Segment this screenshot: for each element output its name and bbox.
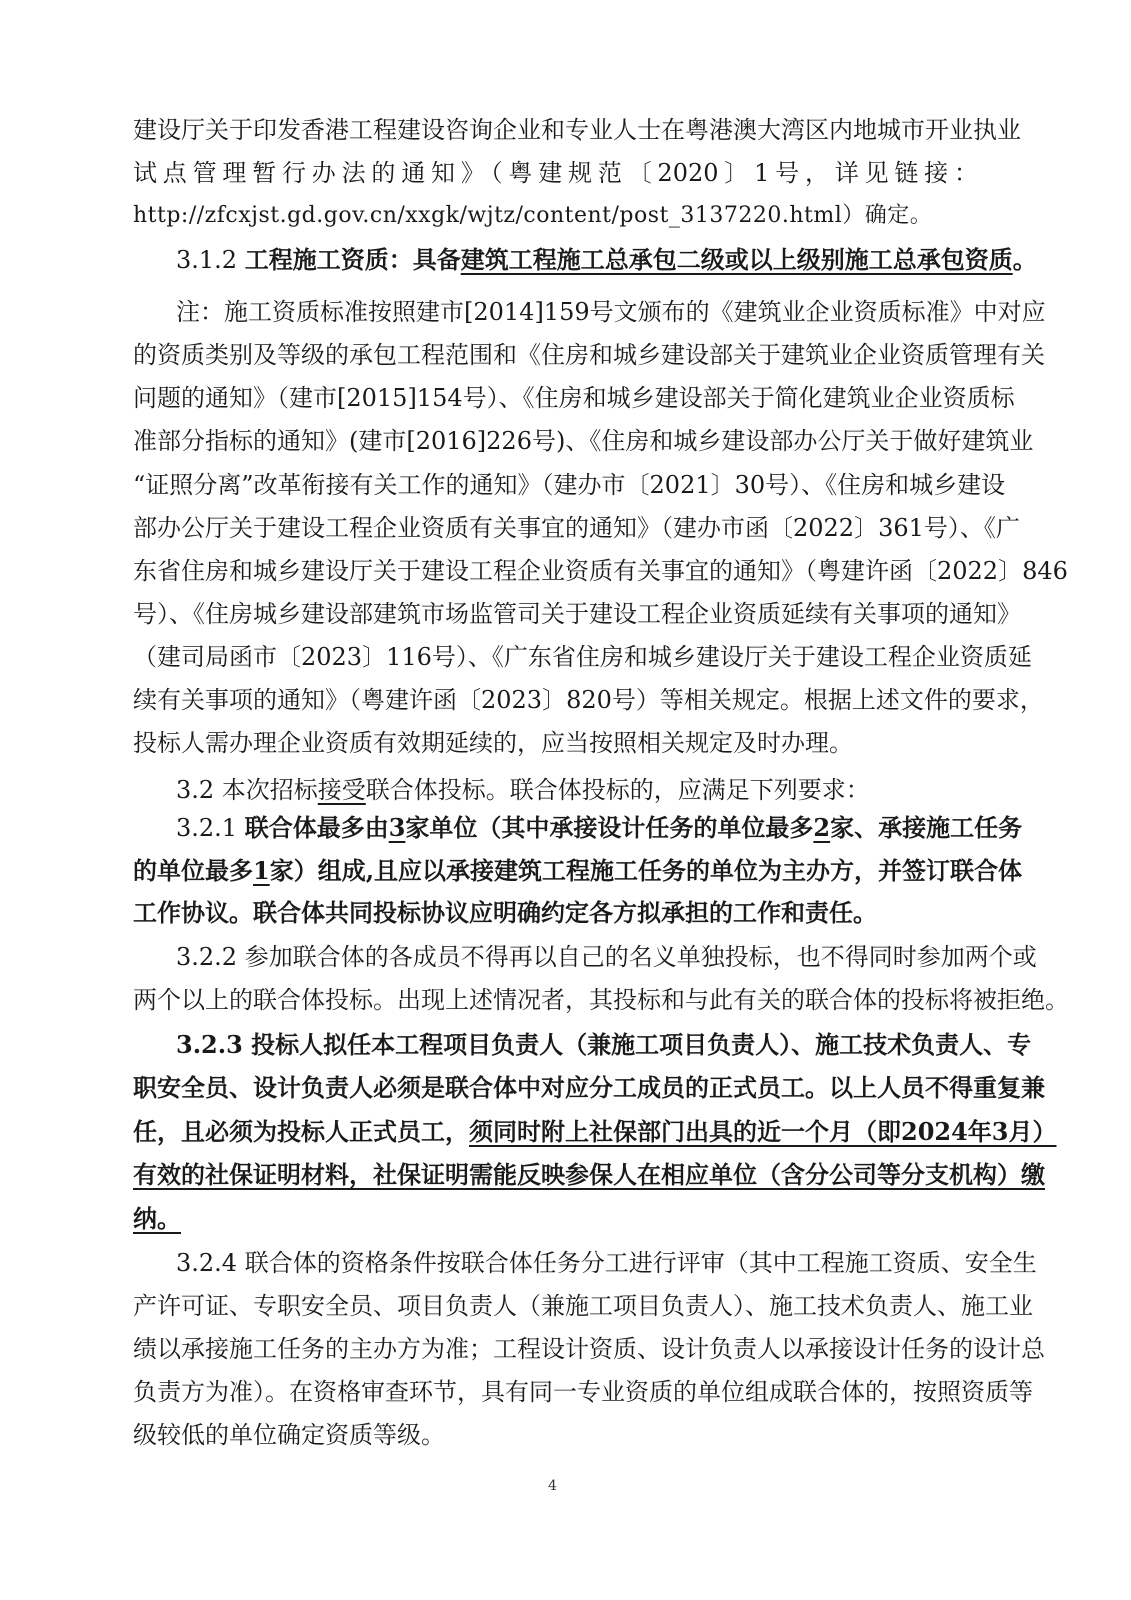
text: 的单位最多 xyxy=(133,856,253,885)
note-line: 注：施工资质标准按照建市[2014]159号文颁布的《建筑业企业资质标准》中对应 xyxy=(176,292,978,332)
section-3-2-4-line: 绩以承接施工任务的主办方为准；工程设计资质、设计负责人以承接设计任务的设计总 xyxy=(133,1329,978,1369)
text: 纳。 xyxy=(133,1204,181,1233)
text: 家单位（其中承接设计任务的单位最多 xyxy=(405,813,813,842)
note-line: “证照分离”改革衔接有关工作的通知》（建办市〔2021〕30号）、《住房和城乡建… xyxy=(133,465,978,505)
consortium-accept-blank: 接受 xyxy=(318,770,366,810)
section-3-2-4-line: 负责方为准）。在资格审查环节，具有同一专业资质的单位组成联合体的，按照资质等 xyxy=(133,1372,978,1412)
section-3-2-prefix: 3.2 本次招标 xyxy=(176,776,318,804)
section-3-2-4-line: 3.2.4 联合体的资格条件按联合体任务分工进行评审（其中工程施工资质、安全生 xyxy=(176,1243,978,1283)
note-line: 问题的通知》（建市[2015]154号）、《住房和城乡建设部关于简化建筑业企业资… xyxy=(133,378,978,418)
section-3-2-2-line: 两个以上的联合体投标。出现上述情况者，其投标和与此有关的联合体的投标将被拒绝。 xyxy=(133,980,978,1020)
url-link-line: http://zfcxjst.gd.gov.cn/xxgk/wjtz/conte… xyxy=(133,196,978,236)
section-3-2-2-line: 3.2.2 参加联合体的各成员不得再以自己的名义单独投标，也不得同时参加两个或 xyxy=(176,937,978,977)
max-design-units-value: 2 xyxy=(813,813,830,842)
max-construction-units-value: 1 xyxy=(253,856,270,885)
note-line: 东省住房和城乡建设厅关于建设工程企业资质有关事宜的通知》（粤建许函〔2022〕8… xyxy=(133,551,978,591)
note-line: 续有关事项的通知》（粤建许函〔2023〕820号）等相关规定。根据上述文件的要求… xyxy=(133,680,978,720)
section-3-2-suffix: 联合体投标。联合体投标的，应满足下列要求： xyxy=(366,776,870,804)
text: 家、承接施工任务 xyxy=(830,813,1022,842)
page-number: 4 xyxy=(548,1478,557,1494)
period: 。 xyxy=(1013,245,1037,274)
section-3-2-4-line: 级较低的单位确定资质等级。 xyxy=(133,1415,978,1455)
social-security-requirement: 须同时附上社保部门出具的近一个月（即2024年3月） xyxy=(469,1117,1057,1146)
section-3-1-2: 3.1.2 工程施工资质：具备建筑工程施工总承包二级或以上级别施工总承包资质。 xyxy=(176,240,978,280)
section-number: 3.1.2 xyxy=(176,246,245,274)
document-page: 建设厅关于印发香港工程建设咨询企业和专业人士在粤港澳大湾区内地城市开业执业 试点… xyxy=(0,0,1131,1600)
qualification-requirement: 建筑工程施工总承包二级或以上级别施工总承包资质 xyxy=(461,245,1013,274)
section-3-2-1-line: 工作协议。联合体共同投标协议应明确约定各方拟承担的工作和责任。 xyxy=(133,893,978,933)
note-line: 投标人需办理企业资质有效期延续的，应当按照相关规定及时办理。 xyxy=(133,723,978,763)
section-label: 工程施工资质：具备 xyxy=(245,245,461,274)
section-3-2: 3.2 本次招标 接受 联合体投标。联合体投标的，应满足下列要求： xyxy=(176,770,978,810)
note-line: 部办公厅关于建设工程企业资质有关事宜的通知》（建办市函〔2022〕361号）、《… xyxy=(133,508,978,548)
section-3-2-3-line: 有效的社保证明材料，社保证明需能反映参保人在相应单位（含分公司等分支机构）缴 xyxy=(133,1155,978,1195)
section-3-2-3-line: 任，且必须为投标人正式员工，须同时附上社保部门出具的近一个月（即2024年3月） xyxy=(133,1112,978,1152)
section-3-2-3-line: 纳。 xyxy=(133,1199,978,1239)
section-3-2-3-line: 职安全员、设计负责人必须是联合体中对应分工成员的正式员工。以上人员不得重复兼 xyxy=(133,1068,978,1108)
section-3-2-4-line: 产许可证、专职安全员、项目负责人（兼施工项目负责人）、施工技术负责人、施工业 xyxy=(133,1286,978,1326)
section-3-2-1-line: 3.2.1 联合体最多由3家单位（其中承接设计任务的单位最多2家、承接施工任务 xyxy=(176,808,978,848)
text: 任，且必须为投标人正式员工， xyxy=(133,1117,469,1146)
paragraph-line: 试点管理暂行办法的通知》（粤建规范〔2020〕1号，详见链接： xyxy=(133,153,978,193)
paragraph-line: 建设厅关于印发香港工程建设咨询企业和专业人士在粤港澳大湾区内地城市开业执业 xyxy=(133,110,978,150)
note-line: 准部分指标的通知》(建市[2016]226号)、《住房和城乡建设部办公厅关于做好… xyxy=(133,421,978,461)
text: 联合体最多由 xyxy=(245,813,389,842)
note-line: （建司局函市〔2023〕116号）、《广东省住房和城乡建设厅关于建设工程企业资质… xyxy=(133,637,978,677)
note-line: 号）、《住房城乡建设部建筑市场监管司关于建设工程企业资质延续有关事项的通知》 xyxy=(133,594,978,634)
section-3-2-3-line: 3.2.3 投标人拟任本工程项目负责人（兼施工项目负责人）、施工技术负责人、专 xyxy=(176,1025,978,1065)
section-3-2-1-line: 的单位最多1家）组成,且应以承接建筑工程施工任务的单位为主办方，并签订联合体 xyxy=(133,851,978,891)
text: 家）组成,且应以承接建筑工程施工任务的单位为主办方，并签订联合体 xyxy=(270,856,1022,885)
section-number: 3.2.1 xyxy=(176,814,245,842)
max-units-value: 3 xyxy=(389,813,406,842)
note-line: 的资质类别及等级的承包工程范围和《住房和城乡建设部关于建筑业企业资质管理有关 xyxy=(133,335,978,375)
